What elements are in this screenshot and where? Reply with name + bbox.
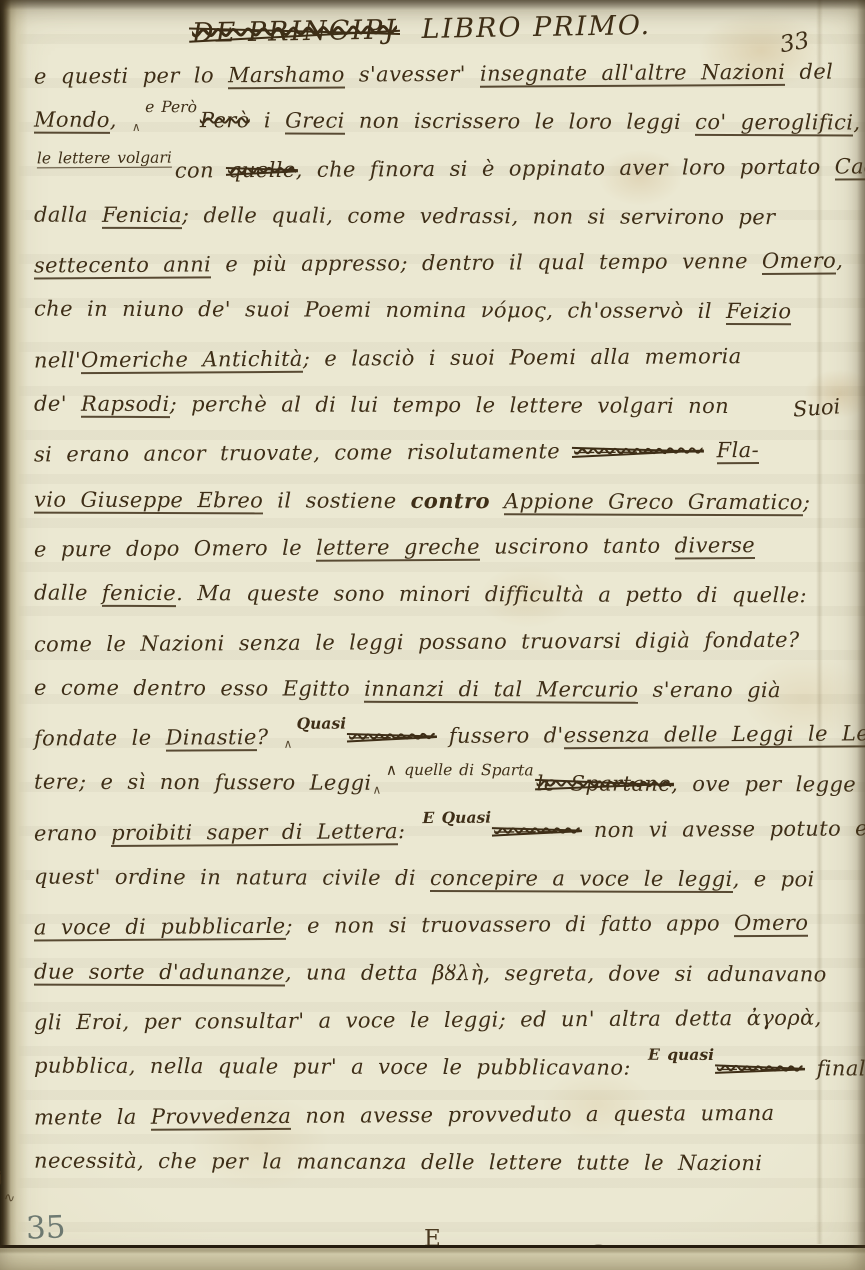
manuscript-line: mente la Provvedenza non avesse provvedu… (34, 1100, 834, 1152)
page-edge-top (0, 0, 865, 10)
manuscript-line: si erano ancor truovate, come risolutame… (34, 438, 834, 490)
underlined-text: Cadmo (835, 154, 865, 180)
underlined-text: innanzi di tal Mercurio (364, 677, 638, 704)
underlined-text: Fla- (717, 438, 760, 464)
handwritten-text: ? (257, 725, 283, 749)
handwritten-text: come le Nazioni senza le leggi possano t… (34, 627, 800, 656)
handwritten-text: erano (34, 821, 111, 845)
underlined-text: Marshamo (228, 63, 345, 90)
interlinear-insertion: e Però (145, 98, 197, 116)
manuscript-line: e pure dopo Omero le lettere greche usci… (34, 533, 834, 585)
underlined-text: Omero (762, 249, 836, 275)
manuscript-line: come le Nazioni senza le leggi possano t… (34, 627, 834, 679)
struck-out-text: le Spartane (537, 772, 672, 796)
interlinear-insertion: E Quasi (422, 807, 491, 826)
handwritten-text: quest' ordine in natura civile di (34, 865, 430, 890)
handwritten-text: necessità, che per la mancanza delle let… (34, 1148, 762, 1175)
handwritten-text: , (110, 108, 131, 132)
struck-out-text: ———— (717, 1056, 803, 1080)
handwritten-text: de' (34, 392, 81, 416)
insertion-caret: ∧ (373, 783, 382, 797)
handwritten-text: . Ma queste sono minori difficultà a pet… (176, 581, 807, 607)
folio-number-pencil: 35 (25, 1209, 66, 1246)
interlinear-insertion: E quasi (648, 1045, 714, 1064)
handwritten-text: s'avesser' (345, 62, 480, 87)
handwritten-text: ; e lasciò i suoi Poemi alla memoria (303, 344, 742, 371)
manuscript-line: necessità, che per la mancanza delle let… (34, 1148, 834, 1198)
underlined-text: settecento anni (34, 253, 211, 280)
underlined-text: Mondo (34, 108, 110, 134)
heading-text: LIBRO PRIMO. (421, 10, 651, 45)
handwritten-text: ; e non si truovassero di fatto appo (285, 912, 734, 939)
insertion-caret: ∧ (284, 737, 293, 751)
handwritten-text: e più appresso; dentro il qual tempo ven… (211, 249, 762, 276)
struck-out-text: quelle (228, 157, 296, 181)
manuscript-line: quest' ordine in natura civile di concep… (34, 865, 834, 915)
manuscript-line: a voce di pubblicarle; e non si truovass… (34, 911, 834, 963)
manuscript-line: gli Eroi, per consultar' a voce le leggi… (34, 1005, 834, 1057)
folio-number-ink: 33 (778, 28, 811, 59)
interlinear-insertion: Quasi (297, 714, 347, 733)
handwritten-text: s'erano già (638, 678, 781, 702)
page-edge-bottom (0, 1245, 865, 1270)
handwritten-text: non avesse provveduto a questa umana (291, 1100, 774, 1127)
handwritten-text: , (836, 249, 843, 273)
underlined-text: concepire a voce le leggi (430, 866, 733, 893)
handwritten-text: : (398, 819, 420, 843)
interlinear-insertion: ∧ quelle di Sparta (386, 761, 534, 780)
handwritten-text: ; delle quali, come vedrassi, non si ser… (182, 203, 776, 229)
handwritten-text (490, 489, 504, 513)
handwritten-text: , e poi (733, 867, 815, 891)
handwritten-text: , una detta βȣλὴ, segreta, dove si aduna… (285, 960, 827, 986)
manuscript-line: dalle fenicie. Ma queste sono minori dif… (34, 581, 834, 631)
underlined-text: a voce di pubblicarle (34, 914, 286, 942)
manuscript-line: settecento anni e più appresso; dentro i… (34, 249, 834, 301)
struck-out-text: ———— (494, 818, 580, 843)
underlined-text: Feizio (726, 300, 791, 326)
manuscript-line: de' Rapsodi; perchè al di lui tempo le l… (34, 392, 834, 442)
handwritten-text: e questi per lo (34, 63, 228, 88)
manuscript-line: che in niuno de' suoi Poemi nomina νόμος… (34, 297, 834, 347)
struck-out-text: —————— (574, 439, 703, 464)
handwritten-text: gli Eroi, per consultar' a voce le leggi… (34, 1006, 822, 1035)
struck-heading-text: DE PRINCIPJ (192, 14, 398, 49)
handwritten-text: fondate le (34, 726, 166, 751)
handwritten-text: , ma (853, 111, 865, 135)
underlined-text: due sorte d'adunanze (34, 959, 285, 986)
handwritten-text: ; (803, 490, 811, 514)
underlined-text: Provvedenza (151, 1103, 292, 1130)
manuscript-line: due sorte d'adunanze, una detta βȣλὴ, se… (34, 959, 834, 1009)
handwritten-text: che in niuno de' suoi Poemi nomina νόμος… (34, 297, 726, 323)
underlined-text: insegnate all'altre Nazioni (480, 60, 786, 88)
underlined-text: lettere greche (316, 535, 480, 562)
manuscript-scan: DE PRINCIPJ LIBRO PRIMO. 33 Suoi e quest… (0, 0, 865, 1270)
underlined-text: Appione Greco Gramatico (504, 489, 803, 516)
insertion-caret: ∧ (132, 120, 141, 134)
manuscript-line: pubblica, nella quale pur' a voce le pub… (34, 1054, 834, 1104)
handwritten-text: fussero d' (435, 723, 564, 748)
underlined-text: diverse (675, 533, 756, 559)
manuscript-line: le lettere volgaricon quelle, che finora… (34, 154, 834, 206)
underlined-text: Fenicia (102, 203, 182, 229)
manuscript-lines: e questi per lo Marshamo s'avesser' inse… (34, 62, 834, 1197)
underlined-text: co' geroglifici (695, 110, 853, 137)
handwritten-text: nell' (34, 348, 81, 372)
handwritten-text: il sostiene (263, 488, 410, 513)
handwritten-text: e pure dopo Omero le (34, 536, 316, 562)
struck-out-text: ———— (349, 724, 435, 749)
handwritten-text: si erano ancor truovate, come risolutame… (34, 440, 574, 467)
underlined-text: fenicie (102, 581, 176, 607)
underlined-text: Rapsodi (81, 392, 170, 418)
handwritten-text: uscirono tanto (480, 533, 675, 558)
handwritten-text: i (250, 109, 285, 133)
handwritten-text: del (785, 60, 833, 84)
handwritten-text: non vi avesse potuto essere (580, 816, 865, 842)
handwritten-text: ; perchè al di lui tempo le lettere volg… (170, 392, 730, 418)
manuscript-line: e come dentro esso Egitto innanzi di tal… (34, 675, 834, 725)
underlined-text: proibiti saper di Lettera (111, 819, 398, 847)
handwritten-text: pubblica, nella quale pur' a voce le pub… (34, 1054, 645, 1080)
interlinear-insertion: le lettere volgari (37, 148, 172, 168)
handwritten-text: final- (803, 1057, 865, 1081)
manuscript-line: vio Giuseppe Ebreo il sostiene contro Ap… (34, 486, 834, 536)
struck-out-text: Però (200, 108, 250, 132)
manuscript-line: dalla Fenicia; delle quali, come vedrass… (34, 202, 834, 252)
underlined-text: Greci (285, 109, 345, 135)
handwritten-text: , che finora si è oppinato aver loro por… (296, 154, 835, 181)
underlined-text: Dinastie (166, 725, 257, 752)
binding-gutter (0, 0, 28, 1270)
handwritten-text: non iscrissero le loro leggi (345, 109, 695, 134)
handwritten-text: , ove per legge d'esso (671, 772, 865, 797)
handwritten-text: con (175, 158, 228, 182)
handwritten-text: dalla (34, 202, 102, 226)
handwritten-text: e come dentro esso Egitto (34, 675, 364, 700)
underlined-text: vio Giuseppe Ebreo (34, 487, 263, 514)
handwritten-text: tere; e sì non fussero Leggi (34, 770, 372, 795)
manuscript-line: erano proibiti saper di Lettera: E Quasi… (34, 816, 834, 868)
underlined-text: essenza delle Leggi le Let- (564, 721, 865, 749)
chapter-heading: DE PRINCIPJ LIBRO PRIMO. (192, 10, 652, 49)
handwritten-text: contro (411, 488, 490, 513)
underlined-text: Omero (734, 911, 808, 937)
handwritten-text (702, 439, 716, 463)
underlined-text: Omeriche Antichità (81, 347, 303, 374)
handwritten-text: mente la (34, 1104, 151, 1129)
handwritten-text: dalle (34, 581, 102, 605)
manuscript-line: nell'Omeriche Antichità; e lasciò i suoi… (34, 343, 834, 395)
